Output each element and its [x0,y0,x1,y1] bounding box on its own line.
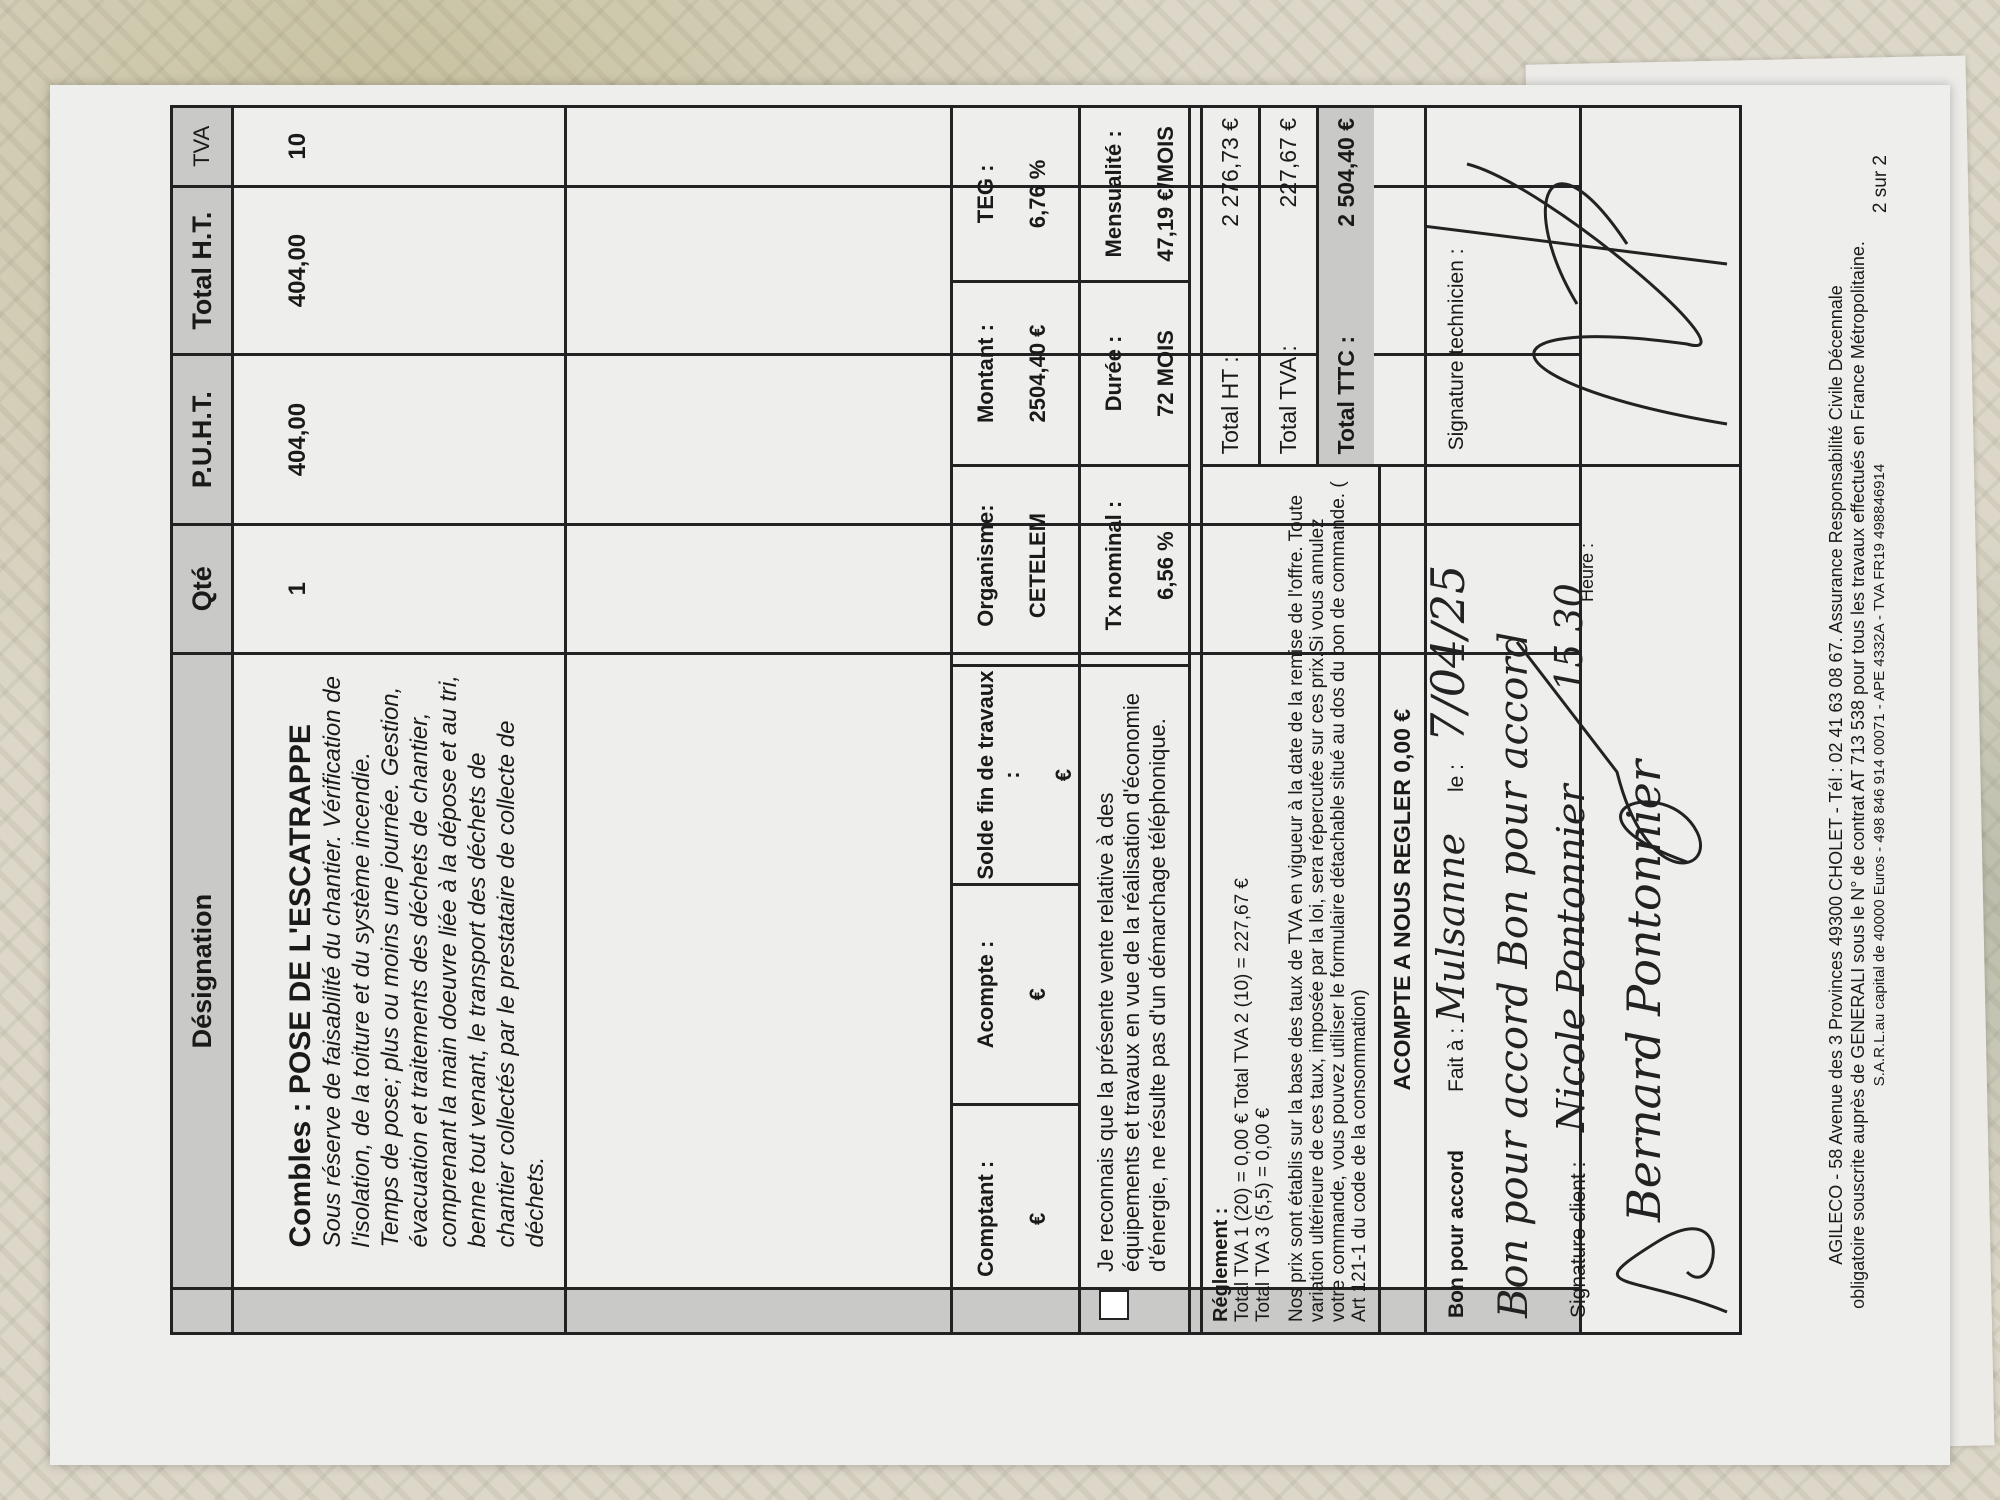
item-total-ht: 404,00 [233,186,566,355]
total-ttc-label: Total TTC : [1318,280,1375,465]
organisme-cell: Organisme:CETELEM [952,466,1080,666]
acompte-line: ACOMPTE A NOUS REGLER 0,00 € [1380,466,1426,1334]
header-total-ht: Total H.T. [172,186,233,355]
header-designation: Désignation [172,653,233,1289]
mensualite-cell: Mensualité :47,19 €/MOIS [1080,107,1190,282]
designation-cell: Combles : POSE DE L'ESCATRAPPE Sous rése… [233,653,566,1289]
header-tva: TVA [172,107,233,187]
client-signature-drawing [1427,462,1737,1332]
item-qty: 1 [233,524,566,653]
page-number: 2 sur 2 [1870,155,1892,213]
tx-nominal-cell: Tx nominal :6,56 % [1080,466,1190,666]
total-tva-value: 227,67 € [1260,108,1318,280]
totals-cell: Total HT :2 276,73 € Total TVA :227,67 €… [1202,107,1426,466]
teg-cell: TEG :6,76 % [952,107,1080,282]
total-ht-value: 2 276,73 € [1203,108,1260,280]
item-title: Combles : POSE DE L'ESCATRAPPE [284,675,318,1248]
mention-cell: Je reconnais que la présente vente relat… [1080,665,1190,1333]
items-header-row: Désignation Qté P.U.H.T. Total H.T. TVA [172,107,233,1334]
mention-text: Je reconnais que la présente vente relat… [1093,693,1170,1272]
header-spacer [172,1289,233,1334]
mention-checkbox[interactable] [1099,1290,1129,1320]
tech-signature-cell: Signature technicien : [1426,107,1741,466]
payment-table: Comptant :€ Acompte :€ Solde fin de trav… [950,105,1191,1335]
item-tva: 10 [233,107,566,187]
order-form-page: Désignation Qté P.U.H.T. Total H.T. TVA … [50,85,1950,1465]
tech-signature-drawing [1427,104,1737,464]
solde-cell: Solde fin de travaux :€ [952,665,1080,884]
footer-line1: AGILECO - 58 Avenue des 3 Provinces 4930… [1825,85,1847,1465]
total-ttc-value: 2 504,40 € [1318,108,1375,280]
reglement-legal: Nos prix sont établis sur la base des ta… [1286,477,1370,1322]
reglement-cell: Réglement : Total TVA 1 (20) = 0,00 € To… [1202,466,1380,1334]
footer-line2: obligatoire souscrite auprès de GENERALI… [1847,85,1869,1465]
header-qty: Qté [172,524,233,653]
footer-line3: S.A.R.L.au capital de 40000 Euros - 498 … [1869,85,1891,1465]
total-tva-label: Total TVA : [1260,280,1318,465]
header-unit-price: P.U.H.T. [172,355,233,524]
reglement-title: Réglement : [1210,1208,1232,1322]
total-ht-label: Total HT : [1203,280,1260,465]
montant-cell: Montant :2504,40 € [952,281,1080,466]
company-footer: AGILECO - 58 Avenue des 3 Provinces 4930… [1825,85,1891,1465]
duree-cell: Durée :72 MOIS [1080,281,1190,466]
item-unit-price: 404,00 [233,355,566,524]
table-row: Combles : POSE DE L'ESCATRAPPE Sous rése… [233,107,566,1334]
reglement-line2: Total TVA 3 (5,5) = 0,00 € [1253,1108,1274,1322]
totals-and-accord-table: Réglement : Total TVA 1 (20) = 0,00 € To… [1200,105,1742,1335]
item-description: Sous réserve de faisabilité du chantier.… [318,675,550,1248]
acompte-cell: Acompte :€ [952,885,1080,1104]
reglement-line1: Total TVA 1 (20) = 0,00 € Total TVA 2 (1… [1232,878,1253,1322]
totals-table: Total HT :2 276,73 € Total TVA :227,67 €… [1203,108,1374,464]
accord-cell: Bon pour accord Fait à : Mulsanne le : 7… [1426,466,1741,1334]
comptant-cell: Comptant :€ [952,1104,1080,1333]
